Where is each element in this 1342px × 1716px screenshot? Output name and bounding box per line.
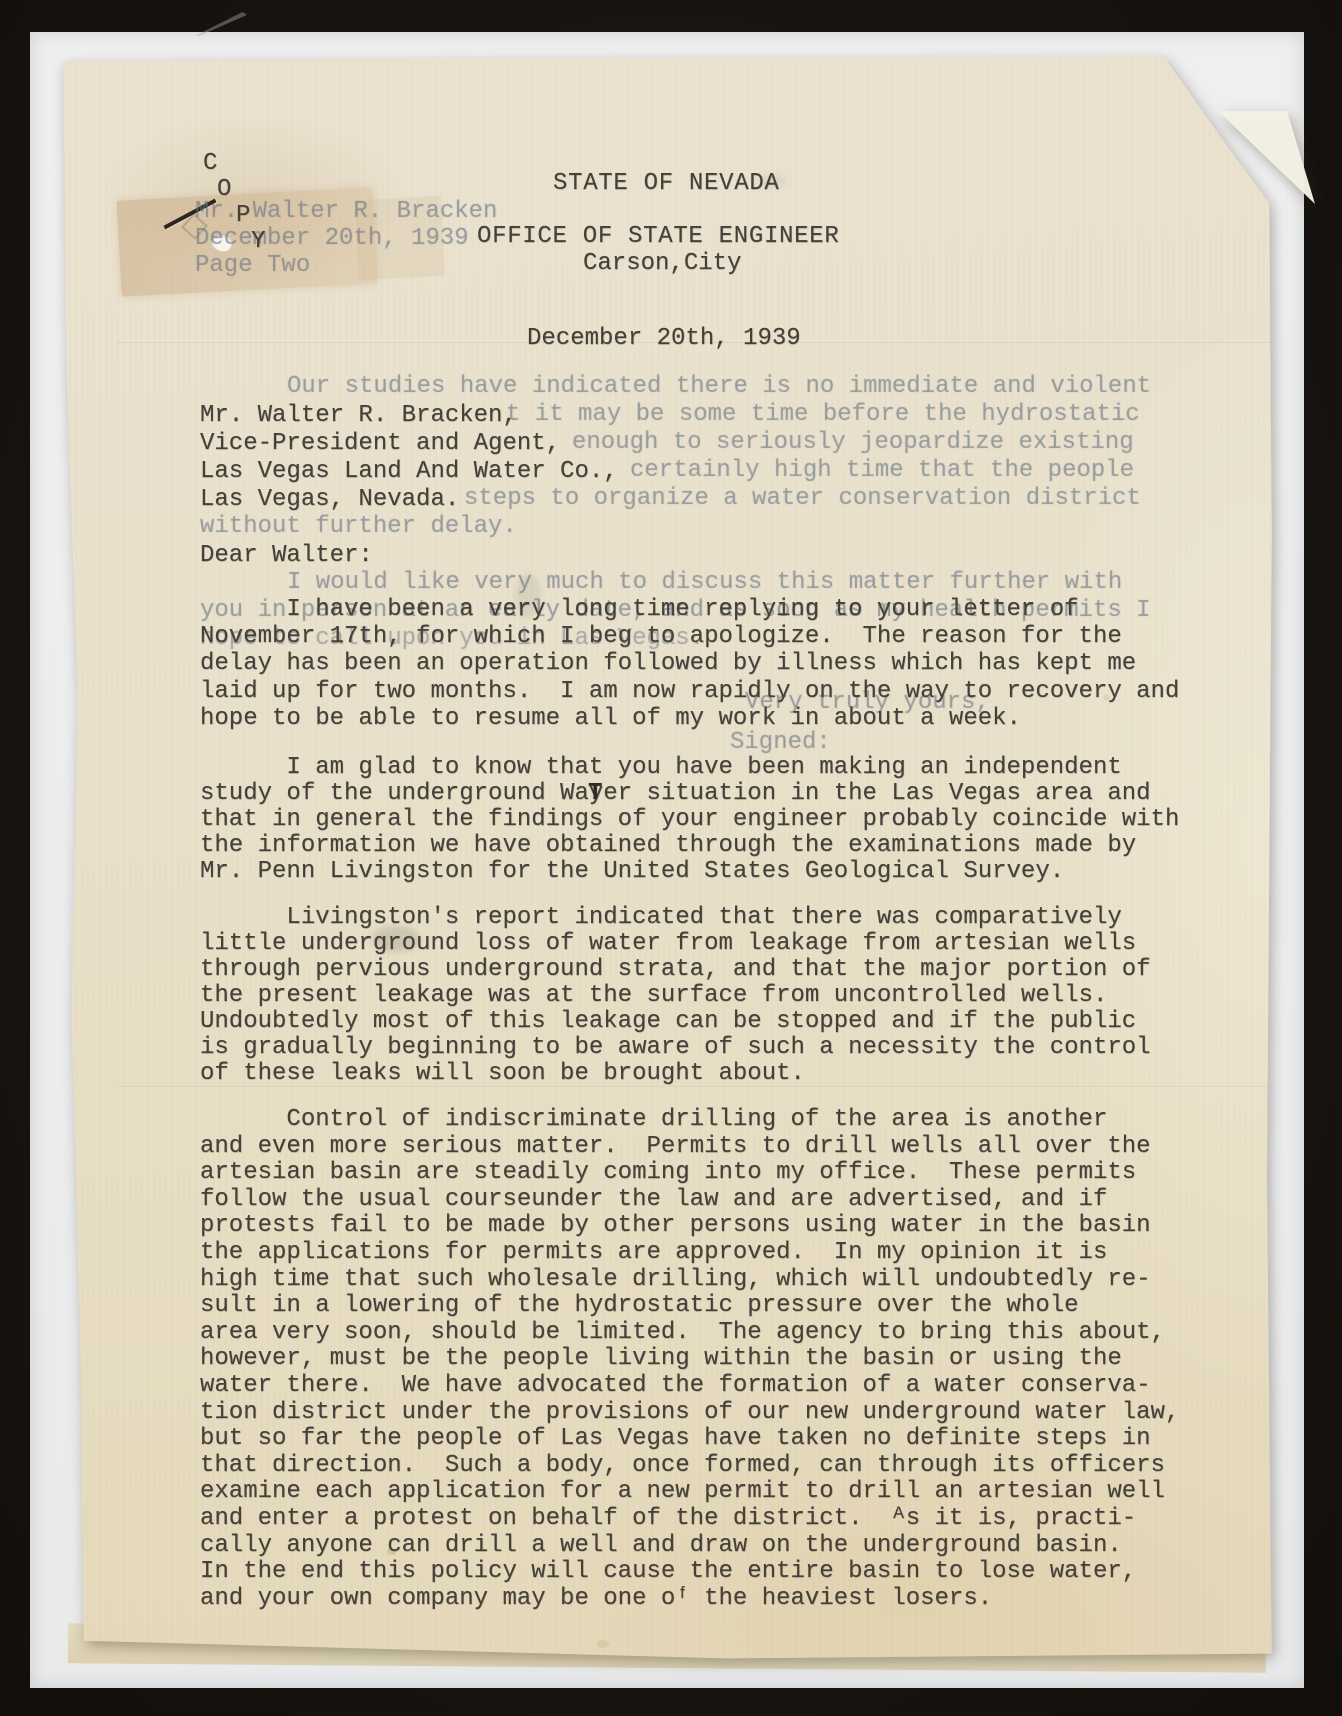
ghost-overleaf-line: certainly high time that the people: [630, 457, 1134, 485]
body-paragraph-4: Control of indiscriminate drilling of th…: [200, 1107, 1179, 1612]
copy-stamp-letter: Y: [251, 228, 265, 255]
letter-scan-photo: Mr. Walter R. Bracken December 20th, 193…: [0, 0, 1342, 1716]
ghost-page-two-line: Page Two: [195, 252, 310, 280]
ghost-overleaf-line: without further delay.: [200, 513, 517, 541]
copy-stamp-letter: O: [217, 176, 231, 203]
recipient-address: Mr. Walter R. Bracken, Vice-President an…: [200, 402, 618, 514]
ghost-page-two-line: December 20th, 1939: [195, 225, 469, 253]
ghost-closing-line: Signed:: [730, 729, 831, 757]
foxing-spot: [597, 1640, 609, 1648]
ghost-overleaf-line: I would like very much to discuss this m…: [287, 569, 1122, 597]
ghost-overleaf-line: enough to seriously jeopardize existing: [572, 429, 1134, 457]
date-line: December 20th, 1939: [527, 325, 801, 352]
letterhead-office: OFFICE OF STATE ENGINEER: [477, 223, 839, 250]
salutation: Dear Walter:: [200, 542, 373, 569]
letterhead-state: STATE OF NEVADA: [553, 170, 780, 197]
overstrike-correction: T: [588, 780, 602, 807]
body-paragraph-1: I have been a very long time replying to…: [200, 596, 1179, 732]
copy-stamp-letter: C: [203, 150, 217, 177]
body-paragraph-3: Livingston's report indicated that there…: [200, 905, 1151, 1087]
copy-stamp-letter: P: [236, 202, 250, 229]
ghost-overleaf-line: Our studies have indicated there is no i…: [287, 373, 1151, 401]
body-paragraph-2: I am glad to know that you have been mak…: [200, 755, 1179, 885]
letterhead-city: Carson,City: [583, 250, 741, 277]
